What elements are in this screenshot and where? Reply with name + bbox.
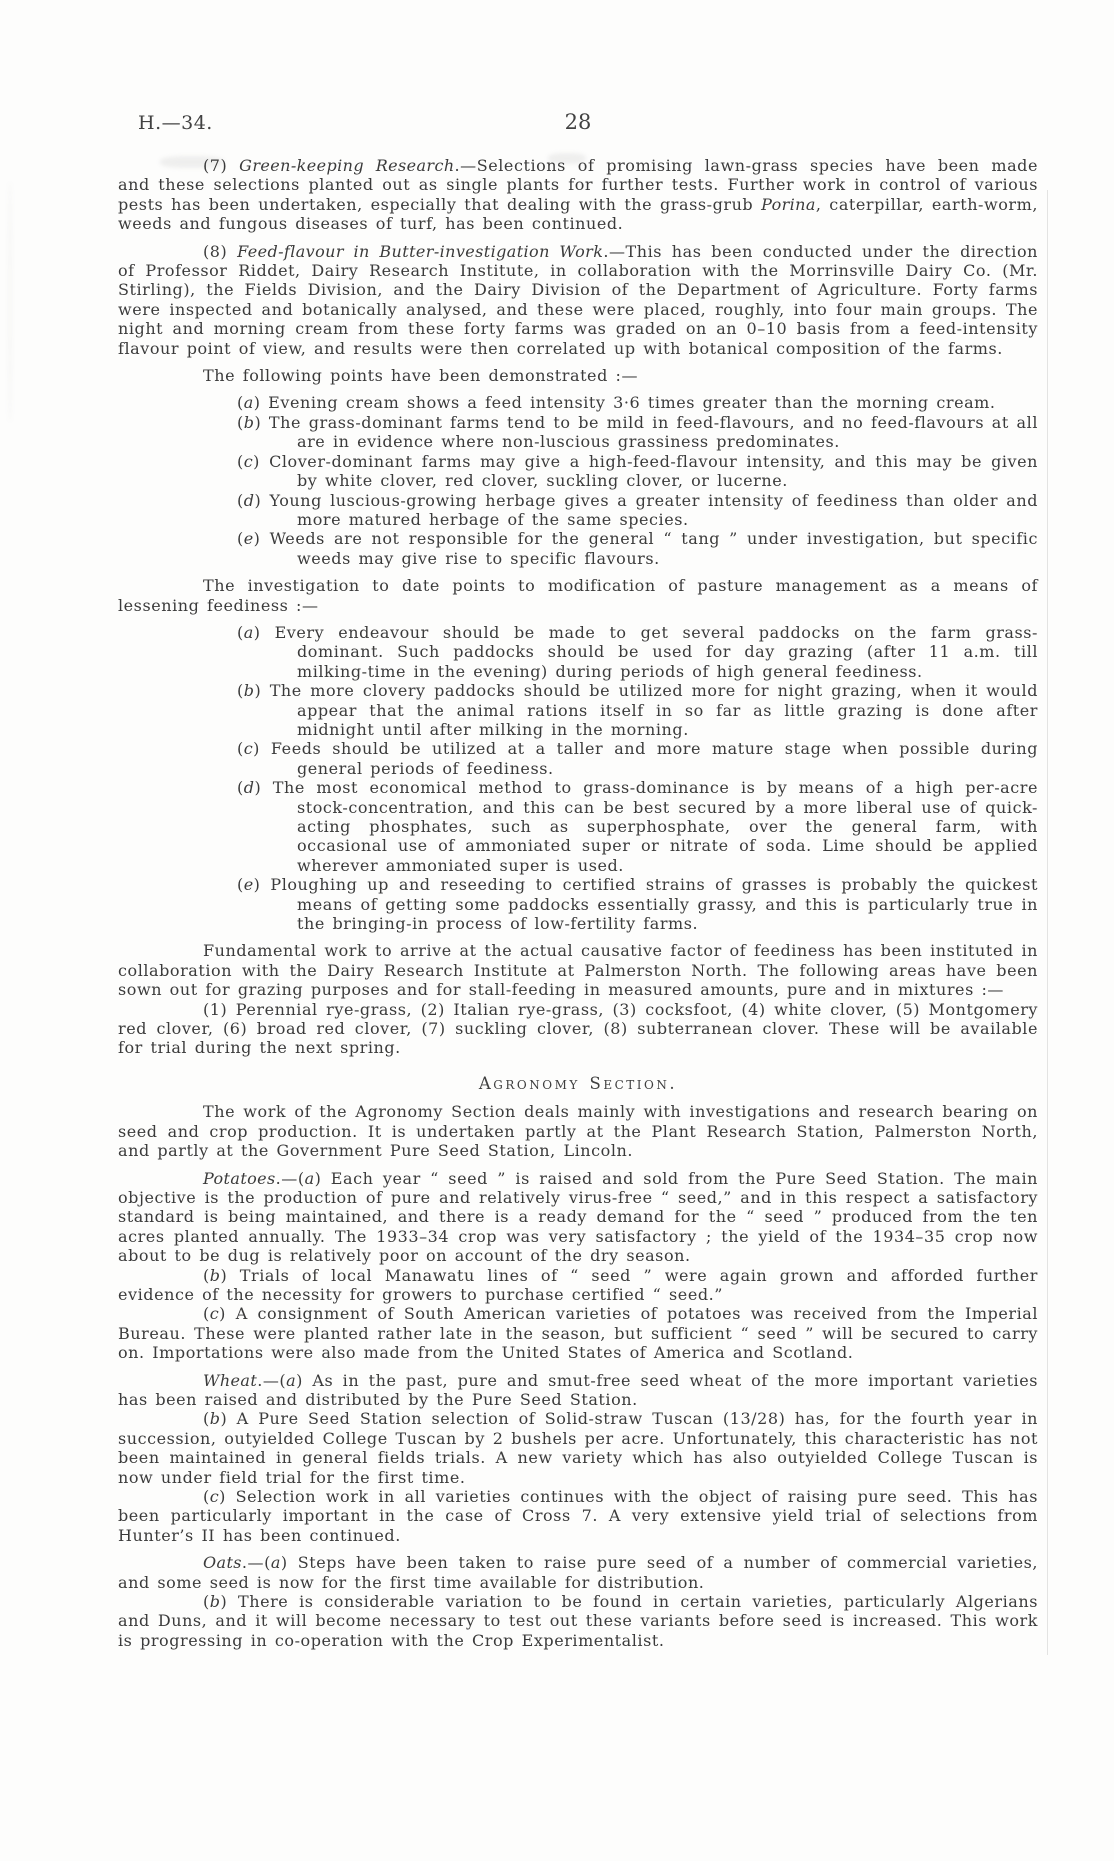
list-item: (d) The most economical method to grass-… [118,778,1038,875]
text-run: (8) [203,242,237,261]
scan-edge-line [1047,190,1048,1655]
paragraph: The investigation to date points to modi… [118,576,1038,615]
text-run: b [244,681,255,700]
text-run: ) Ploughing up and reseeding to certifie… [254,875,1038,933]
text-run: ) A consignment of South American variet… [118,1304,1038,1362]
text-run: ( [237,529,244,548]
scan-artifact [8,182,12,422]
text-run: The following points have been demonstra… [203,366,638,385]
text-run: ) Weeds are not responsible for the gene… [254,529,1038,567]
text-run: Oats [203,1553,242,1572]
document-content: (7) Green-keeping Research.—Selections o… [118,156,1038,1650]
paragraph: (b) A Pure Seed Station selection of Sol… [118,1409,1038,1487]
paragraph: Fundamental work to arrive at the actual… [118,941,1038,999]
text-run: c [244,452,253,471]
text-run: .—( [257,1371,286,1390]
list-item: (a) Every endeavour should be made to ge… [118,623,1038,681]
scanned-report-page: H.—34. 28 (7) Green-keeping Research.—Se… [0,0,1114,1861]
list-item: (c) Clover-dominant farms may give a hig… [118,452,1038,491]
text-run: ) Evening cream shows a feed intensity 3… [254,393,996,412]
text-run: ( [237,681,244,700]
text-run: a [271,1553,281,1572]
page-header: H.—34. 28 [118,112,1038,142]
text-run: ) Feeds should be utilized at a taller a… [253,739,1038,777]
text-run: ( [237,778,244,797]
paragraph: Wheat.—(a) As in the past, pure and smut… [118,1371,1038,1410]
paragraph: The following points have been demonstra… [118,366,1038,385]
list-item: (a) Evening cream shows a feed intensity… [118,393,1038,412]
text-run: The work of the Agronomy Section deals m… [118,1102,1038,1160]
text-run: .—( [276,1169,305,1188]
text-run: ( [237,452,244,471]
text-run: ) The most economical method to grass-do… [254,778,1038,875]
text-run: ( [237,491,244,510]
text-run: d [244,491,255,510]
text-run: Feed-flavour in Butter-investigation Wor… [237,242,603,261]
paragraph: (8) Feed-flavour in Butter-investigation… [118,242,1038,358]
text-run: Green-keeping Research [239,156,454,175]
paragraph: (c) A consignment of South American vari… [118,1304,1038,1362]
paragraph: (1) Perennial rye-grass, (2) Italian rye… [118,1000,1038,1058]
text-run: ) Every endeavour should be made to get … [254,623,1038,681]
text-block: H.—34. 28 (7) Green-keeping Research.—Se… [118,112,1038,1650]
text-run: e [244,529,254,548]
text-run: ) There is considerable variation to be … [118,1592,1038,1650]
text-run: Fundamental work to arrive at the actual… [118,941,1038,999]
page-number: 28 [118,110,1038,134]
text-run: ) A Pure Seed Station selection of Solid… [118,1409,1038,1486]
text-run: ( [203,1266,210,1285]
text-run: ( [237,875,244,894]
paragraph: (b) There is considerable variation to b… [118,1592,1038,1650]
text-run: ) Clover-dominant farms may give a high-… [253,452,1038,490]
text-run: b [244,413,255,432]
text-run: a [244,393,254,412]
text-run: c [210,1487,219,1506]
text-run: a [305,1169,315,1188]
text-run: ( [237,739,244,758]
text-run: ( [203,1487,210,1506]
list-item: (b) The more clovery paddocks should be … [118,681,1038,739]
text-run: Agronomy Section. [479,1074,677,1093]
text-run: The investigation to date points to modi… [118,576,1038,614]
text-run: b [210,1592,221,1611]
text-run: b [210,1266,221,1285]
text-run: ) Trials of local Manawatu lines of “ se… [118,1266,1038,1304]
text-run: ) Selection work in all varieties contin… [118,1487,1038,1545]
paragraph: (b) Trials of local Manawatu lines of “ … [118,1266,1038,1305]
text-run: ( [237,623,244,642]
text-run: (1) Perennial rye-grass, (2) Italian rye… [118,1000,1038,1058]
list-item: (c) Feeds should be utilized at a taller… [118,739,1038,778]
paragraph: (c) Selection work in all varieties cont… [118,1487,1038,1545]
section-heading: Agronomy Section. [118,1074,1038,1093]
text-run: .—( [242,1553,271,1572]
text-run: c [210,1304,219,1323]
text-run: ( [203,1304,210,1323]
text-run: c [244,739,253,758]
paragraph: (7) Green-keeping Research.—Selections o… [118,156,1038,234]
text-run: ) Young luscious-growing herbage gives a… [254,491,1038,529]
paragraph: Oats.—(a) Steps have been taken to raise… [118,1553,1038,1592]
text-run: ( [237,393,244,412]
text-run: b [210,1409,221,1428]
text-run: d [244,778,255,797]
text-run: (7) [203,156,239,175]
text-run: ( [203,1409,210,1428]
text-run: Wheat [203,1371,257,1390]
text-run: a [286,1371,296,1390]
paragraph: The work of the Agronomy Section deals m… [118,1102,1038,1160]
text-run: a [244,623,254,642]
text-run: ( [237,413,244,432]
text-run: Porina [761,195,816,214]
text-run: e [244,875,254,894]
text-run: ) The more clovery paddocks should be ut… [254,681,1038,739]
list-item: (b) The grass-dominant farms tend to be … [118,413,1038,452]
text-run: ) The grass-dominant farms tend to be mi… [254,413,1038,451]
paragraph: Potatoes.—(a) Each year “ seed ” is rais… [118,1169,1038,1266]
text-run: ( [203,1592,210,1611]
list-item: (e) Ploughing up and reseeding to certif… [118,875,1038,933]
text-run: Potatoes [203,1169,276,1188]
list-item: (e) Weeds are not responsible for the ge… [118,529,1038,568]
list-item: (d) Young luscious-growing herbage gives… [118,491,1038,530]
